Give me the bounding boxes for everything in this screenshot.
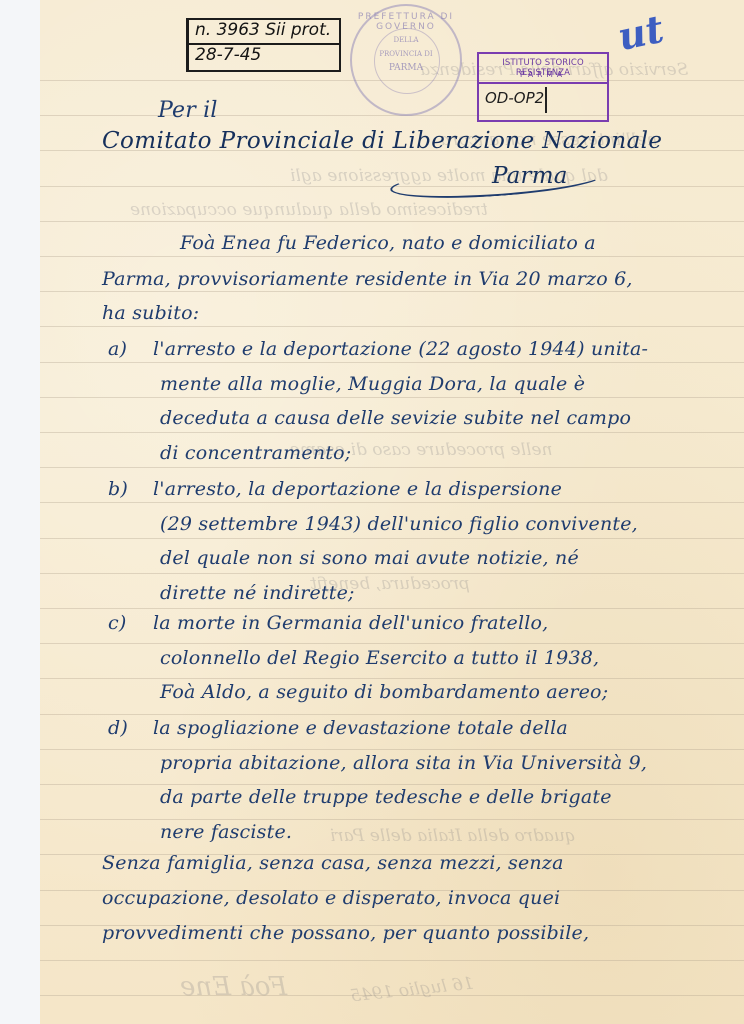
item-marker: c): [108, 612, 126, 634]
ruled-line: [40, 960, 744, 961]
bleed-through-date: 16 luglio 1945: [349, 974, 475, 1007]
intro-line: Parma, provvisoriamente residente in Via…: [102, 268, 633, 290]
ruled-line: [40, 714, 744, 715]
ruled-line: [40, 397, 744, 398]
archive-stamp-city: PARMA: [479, 70, 607, 79]
item-d-line: nere fasciste.: [160, 821, 292, 843]
ruled-line: [40, 784, 744, 785]
ruled-line: [40, 502, 744, 503]
prefecture-round-stamp: PREFETTURA DI GOVERNO DELLA PROVINCIA DI…: [350, 4, 462, 116]
addressee-line-1: Per il: [158, 98, 218, 123]
letter-page: Servizio affari della Presidenza nell'in…: [40, 0, 744, 1024]
ruled-line: [40, 749, 744, 750]
bleed-through-text: tredicesimo della qualunque occupazione: [130, 200, 488, 220]
addressee-committee: Comitato Provinciale di Liberazione Nazi…: [102, 128, 662, 154]
ruled-line: [40, 256, 744, 257]
item-marker: a): [108, 338, 127, 360]
ruled-line: [40, 326, 744, 327]
item-a-line: l'arresto e la deportazione (22 agosto 1…: [153, 338, 648, 360]
closing-line: occupazione, desolato e disperato, invoc…: [102, 887, 560, 909]
item-a-line: deceduta a causa delle sevizie subite ne…: [160, 407, 631, 429]
item-b-line: (29 settembre 1943) dell'unico figlio co…: [160, 513, 638, 535]
ruled-line: [40, 538, 744, 539]
item-b-line: l'arresto, la deportazione e la dispersi…: [153, 478, 562, 500]
item-c-line: colonnello del Regio Esercito a tutto il…: [160, 647, 599, 669]
stamp-center-line-3: PARMA: [374, 64, 438, 73]
stamp-ring-text: PREFETTURA DI GOVERNO: [352, 12, 460, 32]
ruled-line: [40, 467, 744, 468]
intro-line: Foà Enea fu Federico, nato e domiciliato…: [180, 232, 596, 254]
stamp-center-line-1: DELLA: [374, 36, 438, 45]
item-b-line: dirette né indirette;: [160, 582, 355, 604]
intro-line: ha subito:: [102, 302, 199, 324]
item-a-line: di concentramento;: [160, 442, 351, 464]
item-c-line: la morte in Germania dell'unico fratello…: [153, 612, 548, 634]
item-c-line: Foà Aldo, a seguito di bombardamento aer…: [160, 681, 608, 703]
protocol-number-box: n. 3963 Sii prot. 28-7-45: [186, 18, 341, 72]
ruled-line: [40, 608, 744, 609]
archive-stamp-divider: [479, 82, 607, 84]
item-b-line: del quale non si sono mai avute notizie,…: [160, 547, 579, 569]
ruled-line: [40, 678, 744, 679]
archive-stamp-tick: [545, 87, 547, 113]
ruled-line: [40, 362, 744, 363]
ruled-line: [40, 643, 744, 644]
item-d-line: da parte delle truppe tedesche e delle b…: [160, 786, 612, 808]
item-marker: b): [108, 478, 128, 500]
item-d-line: propria abitazione, allora sita in Via U…: [160, 752, 647, 774]
archive-stamp-code: OD-OP2: [485, 89, 544, 107]
initials-signature: ut: [614, 6, 668, 59]
ruled-line: [40, 291, 744, 292]
ruled-line: [40, 819, 744, 820]
protocol-date: 28-7-45: [195, 45, 261, 65]
stamp-center-line-2: PROVINCIA DI: [374, 50, 438, 59]
closing-line: provvedimenti che possano, per quanto po…: [102, 922, 589, 944]
ruled-line: [40, 221, 744, 222]
ruled-line: [40, 432, 744, 433]
closing-line: Senza famiglia, senza casa, senza mezzi,…: [102, 852, 564, 874]
protocol-number: n. 3963 Sii prot.: [195, 20, 331, 40]
bleed-through-signature: Foà Ene: [180, 972, 287, 1002]
item-marker: d): [108, 717, 128, 739]
bleed-through-text: quadro della Italia delle Pari: [330, 826, 576, 846]
archive-stamp: ISTITUTO STORICO RESISTENZA PARMA OD-OP2: [477, 52, 609, 122]
ruled-line: [40, 115, 744, 116]
item-d-line: la spogliazione e devastazione totale de…: [153, 717, 568, 739]
item-a-line: mente alla moglie, Muggia Dora, la quale…: [160, 373, 585, 395]
